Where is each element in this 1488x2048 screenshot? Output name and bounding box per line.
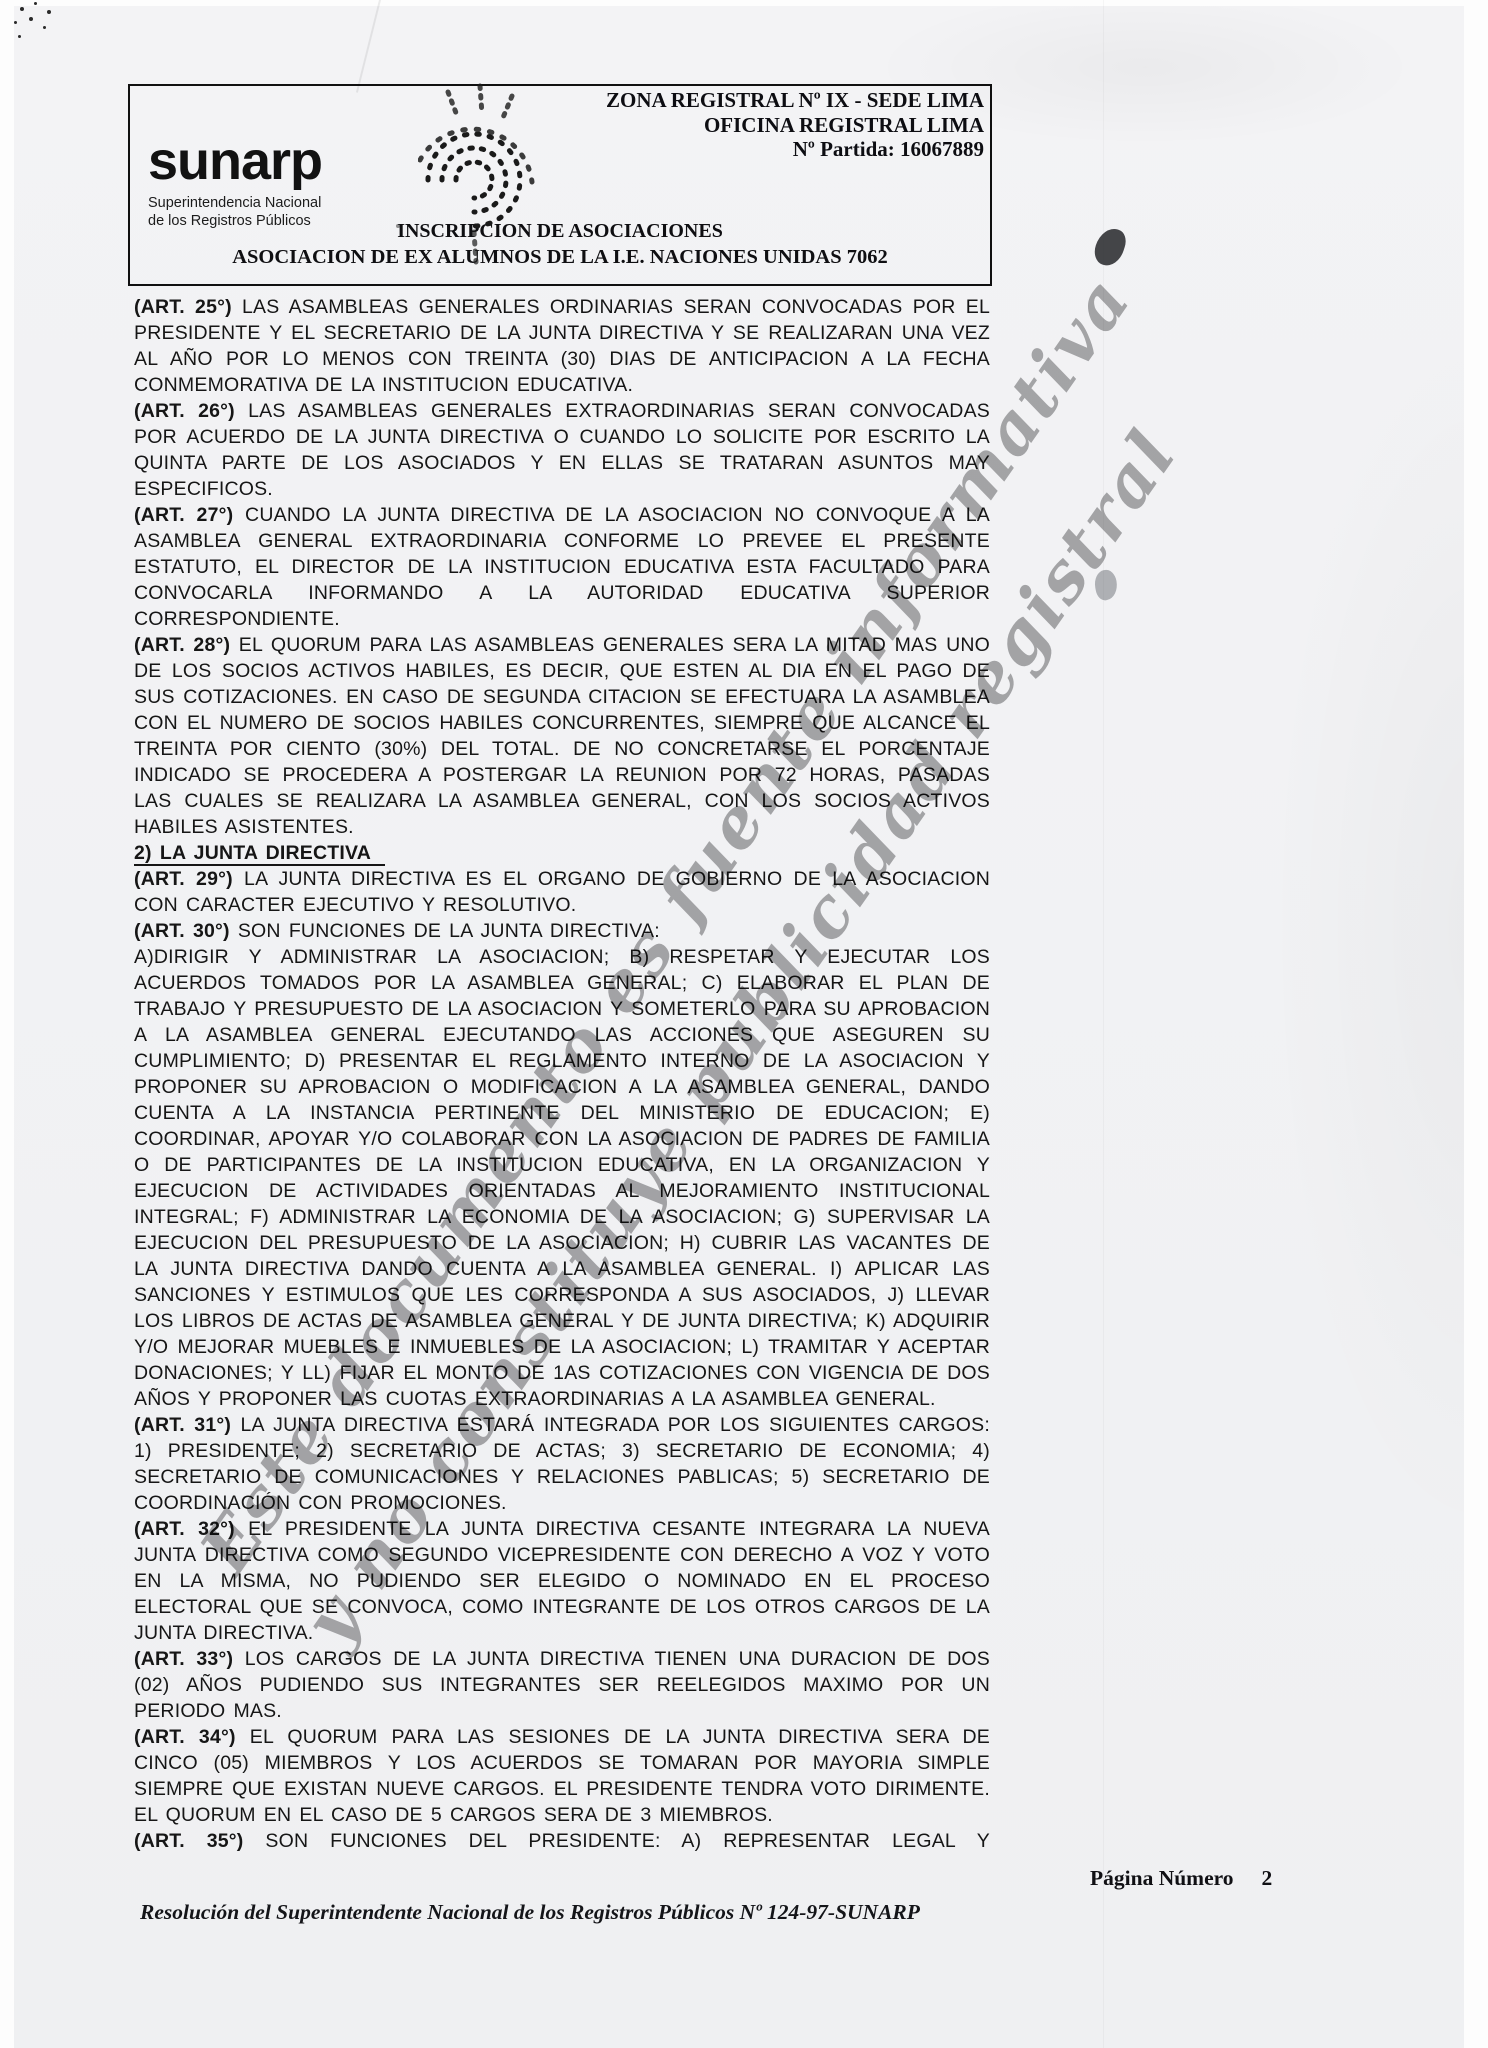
article-label: (ART. 27°) xyxy=(134,504,245,526)
header-box: sunarp Superintendencia Nacional de los … xyxy=(128,84,992,286)
article-label: (ART. 25°) xyxy=(134,296,242,318)
article-label: (ART. 32°) xyxy=(134,1518,248,1540)
article-paragraph: (ART. 28°) EL QUORUM PARA LAS ASAMBLEAS … xyxy=(134,632,990,840)
page-number-block: Página Número2 xyxy=(1090,1866,1272,1891)
article-paragraph: A)DIRIGIR Y ADMINISTRAR LA ASOCIACION; B… xyxy=(134,944,990,1412)
article-label: (ART. 35°) xyxy=(134,1830,265,1852)
document-titles: INSCRIPCION DE ASOCIACIONES ASOCIACION D… xyxy=(130,219,990,270)
article-label: (ART. 29°) xyxy=(134,868,244,890)
article-label: (ART. 33°) xyxy=(134,1648,245,1670)
article-paragraph: (ART. 30°) SON FUNCIONES DE LA JUNTA DIR… xyxy=(134,918,990,944)
scan-speck xyxy=(34,2,37,5)
partida-number: Nº Partida: 16067889 xyxy=(606,137,984,162)
scan-speck xyxy=(47,10,51,14)
registral-office: OFICINA REGISTRAL LIMA xyxy=(606,113,984,138)
article-paragraph: (ART. 35°) SON FUNCIONES DEL PRESIDENTE:… xyxy=(134,1828,990,1854)
logo-subtitle-line1: Superintendencia Nacional xyxy=(148,194,322,212)
article-label: (ART. 30°) xyxy=(134,920,238,942)
document-body: (ART. 25°) LAS ASAMBLEAS GENERALES ORDIN… xyxy=(134,294,990,1854)
article-paragraph: (ART. 33°) LOS CARGOS DE LA JUNTA DIRECT… xyxy=(134,1646,990,1724)
article-label: (ART. 28°) xyxy=(134,634,239,656)
section-heading: 2) LA JUNTA DIRECTIVA xyxy=(134,840,990,866)
article-label: (ART. 31°) xyxy=(134,1414,241,1436)
sunarp-spiral-icon xyxy=(418,82,548,272)
scan-speck xyxy=(43,26,46,29)
scanned-page: sunarp Superintendencia Nacional de los … xyxy=(0,0,1488,2048)
resolution-footer: Resolución del Superintendente Nacional … xyxy=(140,1900,920,1925)
article-paragraph: (ART. 32°) EL PRESIDENTE LA JUNTA DIRECT… xyxy=(134,1516,990,1646)
scan-speck xyxy=(20,7,24,11)
document-title: INSCRIPCION DE ASOCIACIONES xyxy=(130,219,990,244)
registry-block: ZONA REGISTRAL Nº IX - SEDE LIMA OFICINA… xyxy=(606,88,984,162)
sunarp-logo-text: sunarp xyxy=(148,134,322,188)
article-paragraph: (ART. 31°) LA JUNTA DIRECTIVA ESTARÁ INT… xyxy=(134,1412,990,1516)
scan-speck xyxy=(29,17,33,21)
scan-speck xyxy=(14,21,17,24)
article-paragraph: (ART. 27°) CUANDO LA JUNTA DIRECTIVA DE … xyxy=(134,502,990,632)
scan-speck xyxy=(18,35,21,38)
registral-zone: ZONA REGISTRAL Nº IX - SEDE LIMA xyxy=(606,88,984,113)
article-paragraph: (ART. 29°) LA JUNTA DIRECTIVA ES EL ORGA… xyxy=(134,866,990,918)
sunarp-logo: sunarp Superintendencia Nacional de los … xyxy=(148,134,322,230)
page-number-value: 2 xyxy=(1262,1866,1273,1890)
scan-speck xyxy=(396,224,400,228)
article-paragraph: (ART. 26°) LAS ASAMBLEAS GENERALES EXTRA… xyxy=(134,398,990,502)
article-label: (ART. 34°) xyxy=(134,1726,250,1748)
page-number-label: Página Número xyxy=(1090,1866,1234,1890)
scan-edge-line xyxy=(1103,0,1104,2048)
article-paragraph: (ART. 25°) LAS ASAMBLEAS GENERALES ORDIN… xyxy=(134,294,990,398)
article-label: (ART. 26°) xyxy=(134,400,248,422)
association-name: ASOCIACION DE EX ALUMNOS DE LA I.E. NACI… xyxy=(130,244,990,270)
article-paragraph: (ART. 34°) EL QUORUM PARA LAS SESIONES D… xyxy=(134,1724,990,1828)
